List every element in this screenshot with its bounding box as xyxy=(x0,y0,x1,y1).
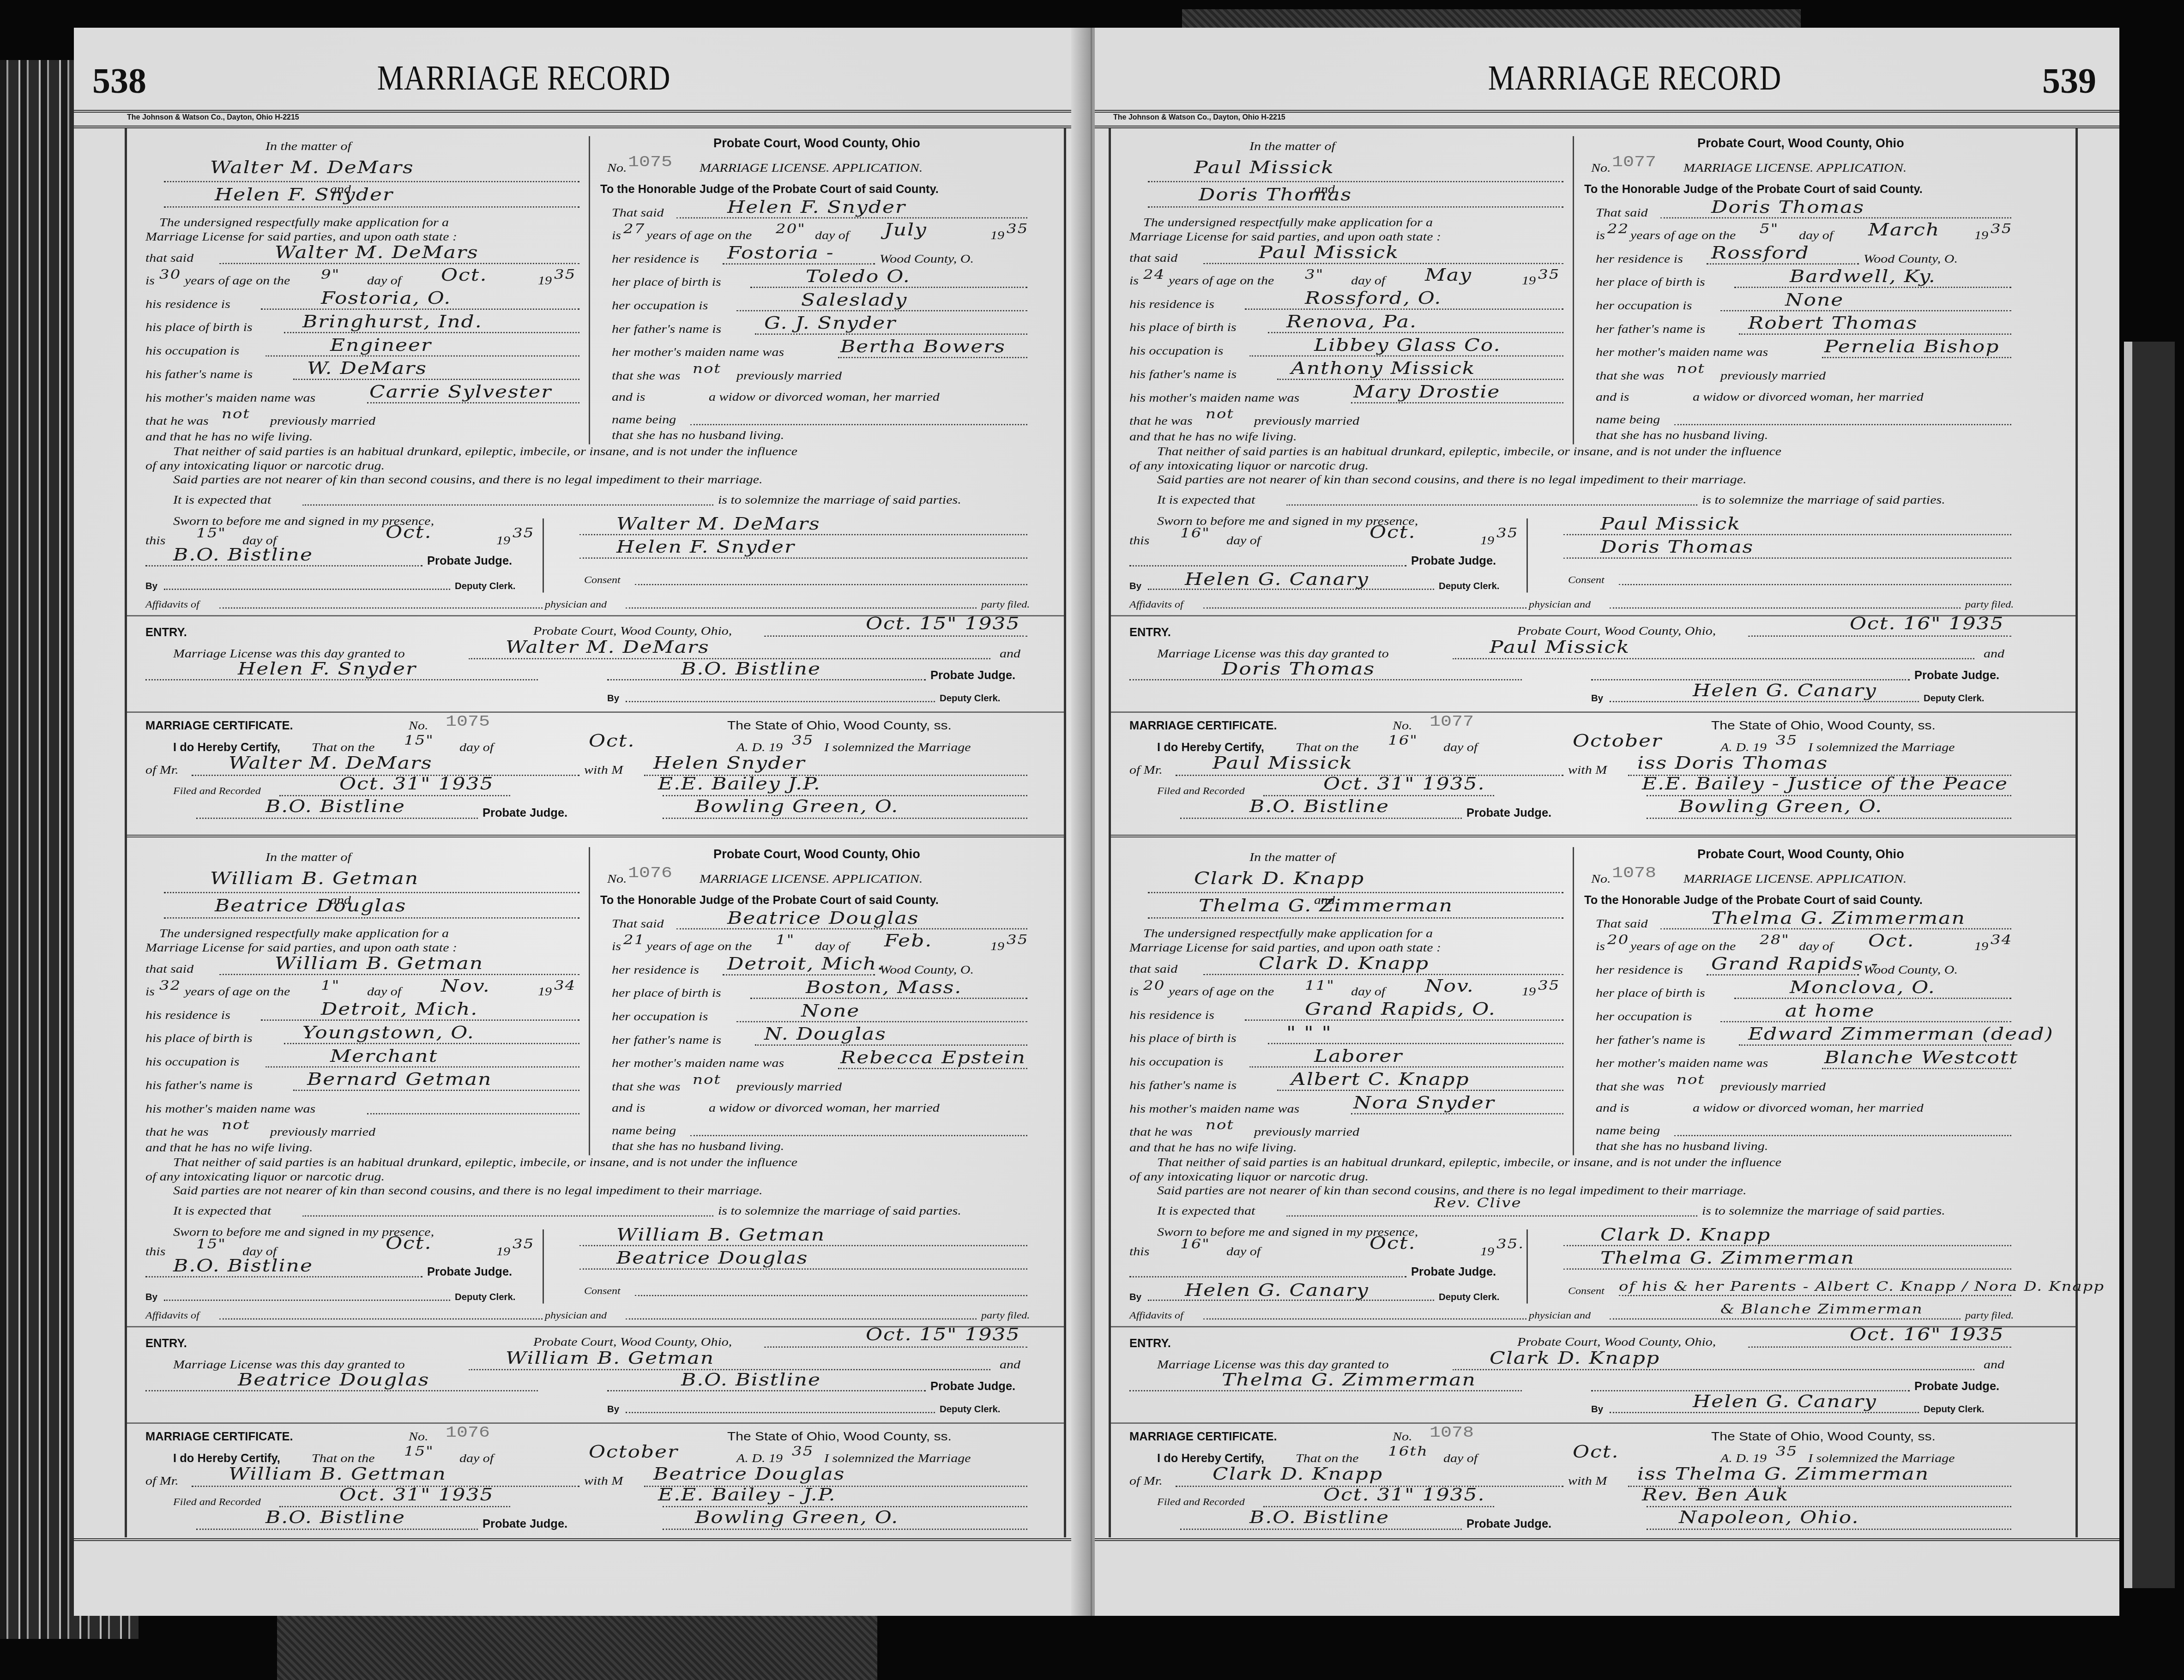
years-label: years of age on the xyxy=(1169,985,1274,999)
day-of-label: day of xyxy=(1443,741,1478,754)
party-filed-label: party filed. xyxy=(981,600,1030,610)
wood-county-label: Wood County, O. xyxy=(880,253,974,266)
certificate-day: 16th xyxy=(1388,1444,1428,1459)
bride-previously: not xyxy=(1677,1072,1705,1088)
no-label: No. xyxy=(1393,719,1412,733)
year-prefix: 19 xyxy=(990,940,1004,953)
dotted-line xyxy=(1203,974,1563,975)
dotted-line xyxy=(1453,658,1974,660)
printer-imprint: The Johnson & Watson Co., Dayton, Ohio H… xyxy=(127,114,299,122)
groom-father: W. DeMars xyxy=(307,359,427,379)
residence-label: his residence is xyxy=(145,298,230,311)
matter-bride: Helen F. Snyder xyxy=(215,185,393,205)
probate-judge-label: Probate Judge. xyxy=(427,1265,512,1279)
filed-recorded-label: Filed and Recorded xyxy=(173,1498,261,1508)
father-label: her father's name is xyxy=(1596,323,1705,336)
entry-court-label: Probate Court, Wood County, Ohio, xyxy=(1517,1336,1716,1349)
undersigned-text-1: The undersigned respectfully make applic… xyxy=(1143,216,1433,229)
marriage-certificate: MARRIAGE CERTIFICATE. No. 1077 The State… xyxy=(1111,716,2075,833)
groom-age: 32 xyxy=(159,978,181,994)
dotted-line xyxy=(1720,1021,2011,1023)
entry-header: ENTRY. xyxy=(145,626,187,639)
sworn-year: 35. xyxy=(1496,1236,1524,1252)
dotted-line xyxy=(145,1390,538,1391)
dotted-line xyxy=(1277,379,1563,380)
filed-recorded-label: Filed and Recorded xyxy=(1157,1498,1245,1508)
matter-groom: Paul Missick xyxy=(1194,157,1334,177)
year-prefix: 19 xyxy=(1974,940,1988,953)
party-filed-label: party filed. xyxy=(1965,600,2014,610)
dotted-line xyxy=(764,636,1027,637)
groom-father: Anthony Missick xyxy=(1291,359,1475,379)
no-label: No. xyxy=(409,1430,428,1444)
probate-judge-label: Probate Judge. xyxy=(1914,1380,1999,1393)
dotted-line xyxy=(1610,608,1961,609)
with-m-label: with M xyxy=(584,764,623,777)
solemnized-label: I solemnized the Marriage xyxy=(824,741,971,754)
years-label: years of age on the xyxy=(1630,940,1736,953)
bride-name: Thelma G. Zimmerman xyxy=(1711,908,1966,928)
dotted-line xyxy=(293,1090,579,1091)
bride-residence: Fostoria - xyxy=(727,243,834,263)
officiant-name: E.E. Bailey - Justice of the Peace xyxy=(1642,774,2008,794)
with-m-label: with M xyxy=(1568,1475,1607,1488)
groom-age: 20 xyxy=(1143,978,1165,994)
dotted-line xyxy=(302,505,713,506)
consent-value-2: & Blanche Zimmerman xyxy=(1720,1301,1923,1317)
name-being-label: name being xyxy=(1596,1124,1660,1138)
dotted-line xyxy=(164,892,579,893)
deputy-clerk-label: Deputy Clerk. xyxy=(1439,1292,1500,1303)
dotted-line xyxy=(145,1276,422,1277)
column-divider xyxy=(1573,847,1574,1156)
groom-residence: Rossford, O. xyxy=(1305,288,1442,308)
groom-year: 35 xyxy=(554,267,576,283)
dotted-line xyxy=(1148,892,1563,893)
officiant-name: E.E. Bailey J.P. xyxy=(658,774,821,794)
solemnized-label: I solemnized the Marriage xyxy=(824,1452,971,1465)
dotted-line xyxy=(1563,1269,2011,1270)
court-header: Probate Court, Wood County, Ohio xyxy=(713,136,920,151)
sworn-year: 35 xyxy=(513,525,534,541)
groom-mother: Carrie Sylvester xyxy=(369,382,552,402)
day-of-label: day of xyxy=(1351,274,1385,288)
entry-bride: Helen F. Snyder xyxy=(238,659,416,679)
record-1075: In the matter of Walter M. DeMars and He… xyxy=(127,128,1064,725)
certificate-judge: B.O. Bistline xyxy=(1249,1507,1389,1527)
occupation-label: his occupation is xyxy=(1129,344,1223,358)
affidavits-label: Affidavits of xyxy=(1129,600,1183,610)
bride-previously: not xyxy=(693,361,721,377)
dotted-line xyxy=(1748,1347,2011,1348)
license-application-header: MARRIAGE LICENSE. APPLICATION. xyxy=(700,162,923,175)
sworn-year: 35 xyxy=(513,1236,534,1252)
page-edge-tab xyxy=(2124,342,2175,1588)
probate-judge-label: Probate Judge. xyxy=(930,669,1015,682)
bride-year: 34 xyxy=(1991,932,2012,948)
certificate-header: MARRIAGE CERTIFICATE. xyxy=(1129,1430,1277,1444)
sworn-month: Oct. xyxy=(1370,522,1416,542)
is-label: is xyxy=(612,940,621,953)
by-label: By xyxy=(1591,693,1603,705)
birthplace-label: her place of birth is xyxy=(612,987,721,1000)
license-application-header: MARRIAGE LICENSE. APPLICATION. xyxy=(1683,162,1906,175)
bracket-divider xyxy=(543,1229,544,1304)
sworn-judge-signature: B.O. Bistline xyxy=(173,1256,313,1276)
left-page: 538 MARRIAGE RECORD The Johnson & Watson… xyxy=(74,28,1087,1616)
groom-birth-day: 11" xyxy=(1305,978,1335,994)
deputy-clerk-label: Deputy Clerk. xyxy=(1439,581,1500,592)
bride-birthplace: Bardwell, Ky. xyxy=(1790,266,1936,286)
entry-date: Oct. 15" 1935 xyxy=(866,1325,1020,1344)
groom-father: Albert C. Knapp xyxy=(1291,1070,1470,1090)
groom-signature: Clark D. Knapp xyxy=(1600,1225,1771,1245)
court-header: Probate Court, Wood County, Ohio xyxy=(1697,847,1904,861)
dotted-line xyxy=(1453,1369,1974,1371)
groom-signature: William B. Getman xyxy=(616,1225,825,1245)
dotted-line xyxy=(196,818,478,819)
groom-mother: Mary Drostie xyxy=(1353,382,1500,402)
of-mr-label: of Mr. xyxy=(1129,764,1163,777)
year-prefix: 19 xyxy=(1522,985,1536,999)
year-prefix: 19 xyxy=(496,534,510,548)
dotted-line xyxy=(1263,795,1494,796)
by-label: By xyxy=(1129,581,1141,592)
he-was-label: that he was xyxy=(1129,1126,1193,1139)
is-label: is xyxy=(1596,940,1605,953)
entry-deputy: Helen G. Canary xyxy=(1693,1392,1877,1412)
entry-header: ENTRY. xyxy=(1129,626,1171,639)
groom-previously: not xyxy=(222,406,250,422)
groom-birth-day: 9" xyxy=(321,267,340,283)
bride-residence: Grand Rapids - xyxy=(1711,954,1879,974)
widow-label: a widow or divorced woman, her married xyxy=(709,391,940,404)
dotted-line xyxy=(1203,263,1563,265)
dotted-line xyxy=(279,795,510,796)
no-wife-label: and that he has no wife living. xyxy=(145,430,313,444)
groom-year: 34 xyxy=(554,978,576,994)
this-label: this xyxy=(1129,534,1149,548)
bride-mother: Rebecca Epstein xyxy=(840,1048,1026,1067)
year-prefix: 19 xyxy=(1480,534,1494,548)
years-label: years of age on the xyxy=(185,985,290,999)
by-label: By xyxy=(1129,1292,1141,1303)
page-title: MARRIAGE RECORD xyxy=(1199,58,2070,98)
name-being-label: name being xyxy=(612,1124,676,1138)
in-matter-label: In the matter of xyxy=(1249,851,1335,864)
dotted-line xyxy=(723,263,875,265)
bride-father: Robert Thomas xyxy=(1748,313,1918,333)
entry-judge: B.O. Bistline xyxy=(681,659,821,679)
dotted-line xyxy=(1707,974,1859,975)
year-prefix: 19 xyxy=(990,229,1004,242)
groom-previously: not xyxy=(222,1117,250,1133)
dotted-line xyxy=(1748,636,2011,637)
dotted-line xyxy=(626,608,977,609)
dotted-line xyxy=(579,558,1027,559)
is-label: is xyxy=(145,274,155,288)
probate-judge-label: Probate Judge. xyxy=(427,554,512,568)
matter-groom: Clark D. Knapp xyxy=(1194,868,1364,888)
dotted-line xyxy=(1245,308,1563,310)
bride-birthplace: Monclova, O. xyxy=(1790,977,1936,997)
bride-birth-month: July xyxy=(884,220,927,240)
birthplace-label: her place of birth is xyxy=(1596,276,1705,289)
and-is-label: and is xyxy=(1596,1102,1629,1115)
bride-age: 27 xyxy=(623,221,645,237)
he-was-label: that he was xyxy=(1129,415,1193,428)
residence-label: her residence is xyxy=(1596,253,1683,266)
groom-age: 24 xyxy=(1143,267,1165,283)
day-of-label: day of xyxy=(367,274,401,288)
this-label: this xyxy=(145,534,165,548)
father-label: his father's name is xyxy=(145,368,253,381)
dotted-line xyxy=(1619,1295,2011,1296)
license-number: 1076 xyxy=(628,865,672,882)
physician-label: physician and xyxy=(1529,600,1591,610)
filed-date: Oct. 31" 1935 xyxy=(339,1485,494,1505)
residence-label: his residence is xyxy=(1129,1009,1214,1022)
in-matter-label: In the matter of xyxy=(1249,140,1335,153)
occupation-label: his occupation is xyxy=(145,344,239,358)
dotted-line xyxy=(579,534,1027,536)
bride-year: 35 xyxy=(1007,221,1028,237)
dotted-line xyxy=(293,379,579,380)
dotted-line xyxy=(1277,1090,1563,1091)
footer-rule xyxy=(1095,1538,2119,1543)
dotted-line xyxy=(1180,1529,1462,1530)
that-said-label: that said xyxy=(145,963,193,976)
is-label: is xyxy=(1129,985,1139,999)
groom-birth-month: Nov. xyxy=(1425,976,1474,996)
bride-birthplace: Toledo O. xyxy=(806,266,911,286)
license-number: 1075 xyxy=(628,154,672,171)
dotted-line xyxy=(284,1043,579,1044)
dotted-line xyxy=(579,1245,1027,1246)
is-label: is xyxy=(612,229,621,242)
dotted-line xyxy=(736,310,1027,312)
in-matter-label: In the matter of xyxy=(265,140,351,153)
license-application-header: MARRIAGE LICENSE. APPLICATION. xyxy=(700,873,923,886)
occupation-label: her occupation is xyxy=(1596,299,1692,313)
day-of-label: day of xyxy=(459,1452,494,1465)
dotted-line xyxy=(635,1295,1027,1296)
he-was-label: that he was xyxy=(145,1126,209,1139)
with-m-label: with M xyxy=(1568,764,1607,777)
birthplace-label: his place of birth is xyxy=(145,1032,253,1045)
section-rule xyxy=(1111,1422,2075,1424)
dotted-line xyxy=(265,355,579,357)
dotted-line xyxy=(265,1066,579,1068)
bride-signature: Helen F. Snyder xyxy=(616,537,795,557)
entry-groom: Walter M. DeMars xyxy=(506,637,710,657)
officiant-name: E.E. Bailey - J.P. xyxy=(658,1485,836,1505)
dotted-line xyxy=(1610,1412,1919,1413)
no-label: No. xyxy=(1591,162,1611,175)
deputy-clerk-label: Deputy Clerk. xyxy=(940,1404,1001,1415)
probate-judge-label: Probate Judge. xyxy=(1466,1517,1551,1531)
and-is-label: and is xyxy=(612,391,646,404)
entry-and-label: and xyxy=(1984,1358,2004,1372)
dotted-line xyxy=(1660,217,2011,219)
certificate-year: 35 xyxy=(1776,1444,1798,1459)
neither-statement: That neither of said parties is an habit… xyxy=(1157,1156,1781,1169)
entry-groom: William B. Getman xyxy=(506,1348,714,1368)
certificate-month: Oct. xyxy=(1573,1442,1619,1462)
mother-label: his mother's maiden name was xyxy=(145,391,315,405)
dotted-line xyxy=(750,998,1027,999)
marriage-certificate: MARRIAGE CERTIFICATE. No. 1075 The State… xyxy=(127,716,1064,833)
no-label: No. xyxy=(607,873,627,886)
officiant-place: Bowling Green, O. xyxy=(695,796,899,816)
certificate-header: MARRIAGE CERTIFICATE. xyxy=(145,719,293,733)
dotted-line xyxy=(1591,1390,1910,1391)
years-label: years of age on the xyxy=(646,229,752,242)
entry-date: Oct. 16" 1935 xyxy=(1850,1325,2004,1344)
day-of-label: day of xyxy=(367,985,401,999)
is-label: is xyxy=(1596,229,1605,242)
of-mr-label: of Mr. xyxy=(1129,1475,1163,1488)
dotted-line xyxy=(1647,1506,2011,1507)
filed-date: Oct. 31" 1935. xyxy=(1323,774,1485,794)
sworn-day: 15" xyxy=(196,1236,226,1252)
dotted-line xyxy=(676,928,1027,930)
bride-age: 21 xyxy=(623,932,645,948)
dotted-line xyxy=(196,1529,478,1530)
that-said-label: that said xyxy=(1129,252,1177,265)
wood-county-label: Wood County, O. xyxy=(1864,963,1958,977)
dotted-line xyxy=(145,679,538,680)
groom-mother: Nora Snyder xyxy=(1353,1093,1495,1113)
officiant-place: Napoleon, Ohio. xyxy=(1679,1507,1859,1527)
dotted-line xyxy=(261,1019,579,1021)
groom-signature: Walter M. DeMars xyxy=(616,514,821,534)
that-said-label: That said xyxy=(1596,917,1648,931)
certificate-bride: Beatrice Douglas xyxy=(653,1464,845,1484)
no-label: No. xyxy=(1393,1430,1412,1444)
bride-residence: Detroit, Mich. xyxy=(727,954,884,974)
bracket-divider xyxy=(543,518,544,593)
neither-statement: That neither of said parties is an habit… xyxy=(1157,445,1781,458)
groom-occupation: Libbey Glass Co. xyxy=(1314,335,1501,355)
day-of-label: day of xyxy=(1799,229,1833,242)
probate-judge-label: Probate Judge. xyxy=(1411,1265,1496,1279)
certificate-bride: Helen Snyder xyxy=(653,753,805,773)
certificate-header: MARRIAGE CERTIFICATE. xyxy=(1129,719,1277,733)
bride-name: Helen F. Snyder xyxy=(727,197,906,217)
bride-mother: Pernelia Bishop xyxy=(1824,337,1999,356)
year-prefix: 19 xyxy=(1974,229,1988,242)
previously-label: previously married xyxy=(1720,369,1826,383)
entry-and-label: and xyxy=(1000,1358,1020,1372)
filed-date: Oct. 31" 1935. xyxy=(1323,1485,1485,1505)
certificate-number: 1077 xyxy=(1430,713,1474,731)
dotted-line xyxy=(1129,1390,1522,1391)
page-title: MARRIAGE RECORD xyxy=(94,58,953,98)
dotted-line xyxy=(750,287,1027,288)
column-divider xyxy=(1573,136,1574,445)
dotted-line xyxy=(219,974,579,975)
certificate-bride: iss Doris Thomas xyxy=(1637,753,1828,773)
column-divider xyxy=(589,136,590,445)
dotted-line xyxy=(1268,1043,1563,1044)
bride-occupation: None xyxy=(801,1001,860,1021)
officiant-place: Bowling Green, O. xyxy=(695,1507,899,1527)
dotted-line xyxy=(663,795,1027,796)
birthplace-label: his place of birth is xyxy=(1129,1032,1237,1045)
bride-signature: Doris Thomas xyxy=(1600,537,1754,557)
year-prefix: 19 xyxy=(1522,274,1536,288)
residence-label: her residence is xyxy=(1596,963,1683,977)
no-husband-label: that she has no husband living. xyxy=(1596,429,1768,442)
certificate-month: October xyxy=(1573,731,1662,751)
filed-date: Oct. 31" 1935 xyxy=(339,774,494,794)
physician-label: physician and xyxy=(545,1311,607,1321)
undersigned-text-1: The undersigned respectfully make applic… xyxy=(1143,927,1433,940)
in-matter-label: In the matter of xyxy=(265,851,351,864)
license-number: 1078 xyxy=(1612,865,1656,882)
dotted-line xyxy=(145,565,422,566)
father-label: her father's name is xyxy=(612,1034,721,1047)
groom-signature: Paul Missick xyxy=(1600,514,1741,534)
years-label: years of age on the xyxy=(1630,229,1736,242)
dotted-line xyxy=(1129,565,1406,566)
year-prefix: 19 xyxy=(496,1245,510,1258)
kin-statement: Said parties are not nearer of kin than … xyxy=(1157,473,1747,487)
bride-age: 22 xyxy=(1607,221,1629,237)
groom-occupation: Engineer xyxy=(330,335,432,355)
dotted-line xyxy=(1268,332,1563,333)
by-label: By xyxy=(145,581,157,592)
groom-name: Walter M. DeMars xyxy=(275,242,479,262)
occupation-label: her occupation is xyxy=(612,299,708,313)
to-judge-header: To the Honorable Judge of the Probate Co… xyxy=(1584,894,1923,907)
bracket-divider xyxy=(1526,518,1528,593)
name-being-label: name being xyxy=(1596,413,1660,427)
entry-and-label: and xyxy=(1000,647,1020,661)
undersigned-text-1: The undersigned respectfully make applic… xyxy=(159,927,449,940)
bride-signature: Thelma G. Zimmerman xyxy=(1600,1248,1855,1268)
groom-year: 35 xyxy=(1538,267,1560,283)
dotted-line xyxy=(279,1506,510,1507)
neither-statement-2: of any intoxicating liquor or narcotic d… xyxy=(1129,459,1369,473)
dotted-line xyxy=(1249,355,1563,357)
consent-value: of his & her Parents - Albert C. Knapp /… xyxy=(1619,1278,2105,1294)
entry-date: Oct. 16" 1935 xyxy=(1850,614,2004,633)
day-of-label: day of xyxy=(1226,534,1261,548)
dotted-line xyxy=(164,181,579,182)
father-label: his father's name is xyxy=(1129,1079,1237,1092)
sworn-day: 16" xyxy=(1180,1236,1210,1252)
to-judge-header: To the Honorable Judge of the Probate Co… xyxy=(600,183,939,196)
dotted-line xyxy=(219,608,543,609)
day-of-label: day of xyxy=(1799,940,1833,953)
dotted-line xyxy=(755,333,1027,335)
dotted-line xyxy=(1610,1319,1961,1320)
party-filed-label: party filed. xyxy=(981,1311,1030,1321)
dotted-line xyxy=(1822,357,2011,358)
groom-birthplace: Youngstown, O. xyxy=(302,1023,475,1042)
dotted-line xyxy=(1720,310,2011,312)
bride-previously: not xyxy=(693,1072,721,1088)
marriage-certificate: MARRIAGE CERTIFICATE. No. 1076 The State… xyxy=(127,1427,1064,1544)
sworn-day: 16" xyxy=(1180,525,1210,541)
groom-father: Bernard Getman xyxy=(307,1070,492,1090)
dotted-line xyxy=(663,1506,1027,1507)
dotted-line xyxy=(1351,1113,1563,1114)
neither-statement: That neither of said parties is an habit… xyxy=(173,1156,797,1169)
years-label: years of age on the xyxy=(1169,274,1274,288)
